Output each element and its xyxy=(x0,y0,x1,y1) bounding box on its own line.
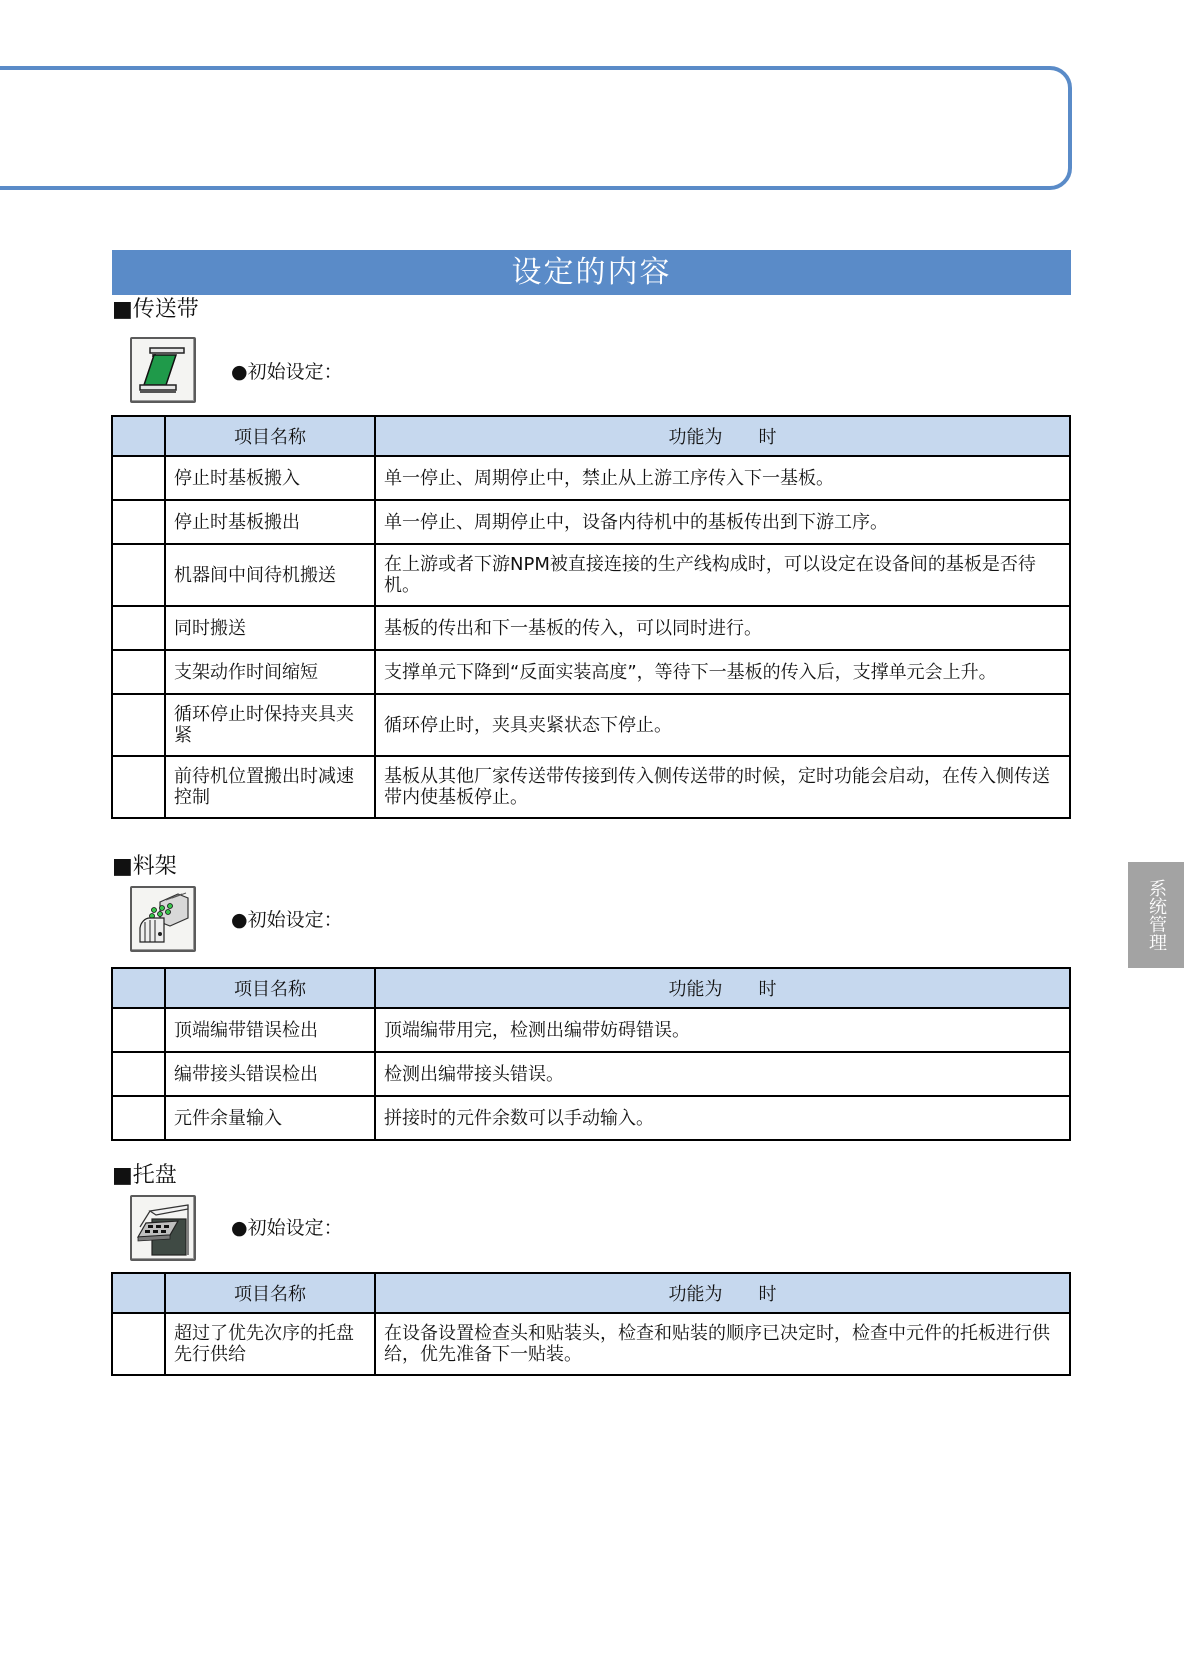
group-heading-conveyor: ■传送带 xyxy=(112,296,199,324)
row-item-name: 循环停止时保持夹具夹紧 xyxy=(165,694,375,756)
feeder-icon[interactable] xyxy=(130,886,196,952)
square-bullet-icon: ■ xyxy=(112,297,133,322)
group-heading-tray: ■托盘 xyxy=(112,1162,177,1190)
row-item-name: 前待机位置搬出时减速控制 xyxy=(165,756,375,818)
side-tab-system-management[interactable]: 系统管理 xyxy=(1128,862,1184,968)
row-check-cell[interactable] xyxy=(112,1008,165,1052)
row-check-cell[interactable] xyxy=(112,500,165,544)
table-row[interactable]: 超过了优先次序的托盘先行供给 在设备设置检查头和贴装头，检查和贴装的顺序已决定时… xyxy=(112,1313,1070,1375)
conveyor-icon[interactable] xyxy=(130,337,196,403)
row-check-cell[interactable] xyxy=(112,1052,165,1096)
row-check-cell[interactable] xyxy=(112,756,165,818)
row-item-name: 停止时基板搬出 xyxy=(165,500,375,544)
feeder-settings-table: 项目名称 功能为 时 顶端编带错误检出 顶端编带用完，检测出编带妨碍错误。 编带… xyxy=(111,967,1071,1141)
square-bullet-icon: ■ xyxy=(112,854,133,879)
initial-setting-label: ●初始设定： xyxy=(231,1216,343,1240)
row-item-name: 编带接头错误检出 xyxy=(165,1052,375,1096)
row-description: 拼接时的元件余数可以手动输入。 xyxy=(375,1096,1070,1140)
table-row[interactable]: 同时搬送 基板的传出和下一基板的传入，可以同时进行。 xyxy=(112,606,1070,650)
row-check-cell[interactable] xyxy=(112,544,165,606)
header-col-check xyxy=(112,1273,165,1313)
header-function: 功能为 时 xyxy=(375,1273,1070,1313)
row-item-name: 顶端编带错误检出 xyxy=(165,1008,375,1052)
table-row[interactable]: 停止时基板搬入 单一停止、周期停止中，禁止从上游工序传入下一基板。 xyxy=(112,456,1070,500)
row-check-cell[interactable] xyxy=(112,650,165,694)
table-row[interactable]: 循环停止时保持夹具夹紧 循环停止时，夹具夹紧状态下停止。 xyxy=(112,694,1070,756)
row-check-cell[interactable] xyxy=(112,1096,165,1140)
table-header-row: 项目名称 功能为 时 xyxy=(112,416,1070,456)
header-col-check xyxy=(112,968,165,1008)
header-item-name: 项目名称 xyxy=(165,416,375,456)
header-col-check xyxy=(112,416,165,456)
tray-settings-table: 项目名称 功能为 时 超过了优先次序的托盘先行供给 在设备设置检查头和贴装头，检… xyxy=(111,1272,1071,1376)
row-description: 在设备设置检查头和贴装头，检查和贴装的顺序已决定时，检查中元件的托板进行供给，优… xyxy=(375,1313,1070,1375)
table-row[interactable]: 停止时基板搬出 单一停止、周期停止中，设备内待机中的基板传出到下游工序。 xyxy=(112,500,1070,544)
top-frame xyxy=(0,66,1072,190)
group-heading-feeder: ■料架 xyxy=(112,853,177,881)
table-row[interactable]: 前待机位置搬出时减速控制 基板从其他厂家传送带传接到传入侧传送带的时候，定时功能… xyxy=(112,756,1070,818)
group-heading-label: 传送带 xyxy=(133,297,199,322)
row-description: 支撑单元下降到“反面实装高度”，等待下一基板的传入后，支撑单元会上升。 xyxy=(375,650,1070,694)
header-item-name: 项目名称 xyxy=(165,1273,375,1313)
initial-setting-label: ●初始设定： xyxy=(231,908,343,932)
table-row[interactable]: 编带接头错误检出 检测出编带接头错误。 xyxy=(112,1052,1070,1096)
header-function: 功能为 时 xyxy=(375,416,1070,456)
row-check-cell[interactable] xyxy=(112,456,165,500)
row-description: 基板从其他厂家传送带传接到传入侧传送带的时候，定时功能会启动，在传入侧传送带内使… xyxy=(375,756,1070,818)
row-item-name: 同时搬送 xyxy=(165,606,375,650)
section-banner: 设定的内容 xyxy=(112,250,1071,295)
row-check-cell[interactable] xyxy=(112,606,165,650)
header-function: 功能为 时 xyxy=(375,968,1070,1008)
row-description: 单一停止、周期停止中，禁止从上游工序传入下一基板。 xyxy=(375,456,1070,500)
square-bullet-icon: ■ xyxy=(112,1163,133,1188)
row-check-cell[interactable] xyxy=(112,694,165,756)
row-description: 在上游或者下游NPM被直接连接的生产线构成时，可以设定在设备间的基板是否待机。 xyxy=(375,544,1070,606)
table-header-row: 项目名称 功能为 时 xyxy=(112,1273,1070,1313)
row-item-name: 支架动作时间缩短 xyxy=(165,650,375,694)
table-row[interactable]: 顶端编带错误检出 顶端编带用完，检测出编带妨碍错误。 xyxy=(112,1008,1070,1052)
header-item-name: 项目名称 xyxy=(165,968,375,1008)
row-description: 基板的传出和下一基板的传入，可以同时进行。 xyxy=(375,606,1070,650)
row-description: 检测出编带接头错误。 xyxy=(375,1052,1070,1096)
row-item-name: 停止时基板搬入 xyxy=(165,456,375,500)
row-item-name: 元件余量输入 xyxy=(165,1096,375,1140)
group-heading-label: 料架 xyxy=(133,854,177,879)
group-heading-label: 托盘 xyxy=(133,1163,177,1188)
row-description: 单一停止、周期停止中，设备内待机中的基板传出到下游工序。 xyxy=(375,500,1070,544)
table-row[interactable]: 支架动作时间缩短 支撑单元下降到“反面实装高度”，等待下一基板的传入后，支撑单元… xyxy=(112,650,1070,694)
row-check-cell[interactable] xyxy=(112,1313,165,1375)
row-description: 循环停止时，夹具夹紧状态下停止。 xyxy=(375,694,1070,756)
row-item-name: 机器间中间待机搬送 xyxy=(165,544,375,606)
tray-icon[interactable] xyxy=(130,1195,196,1261)
table-row[interactable]: 元件余量输入 拼接时的元件余数可以手动输入。 xyxy=(112,1096,1070,1140)
table-header-row: 项目名称 功能为 时 xyxy=(112,968,1070,1008)
row-item-name: 超过了优先次序的托盘先行供给 xyxy=(165,1313,375,1375)
table-row[interactable]: 机器间中间待机搬送 在上游或者下游NPM被直接连接的生产线构成时，可以设定在设备… xyxy=(112,544,1070,606)
row-description: 顶端编带用完，检测出编带妨碍错误。 xyxy=(375,1008,1070,1052)
initial-setting-label: ●初始设定： xyxy=(231,360,343,384)
conveyor-settings-table: 项目名称 功能为 时 停止时基板搬入 单一停止、周期停止中，禁止从上游工序传入下… xyxy=(111,415,1071,819)
